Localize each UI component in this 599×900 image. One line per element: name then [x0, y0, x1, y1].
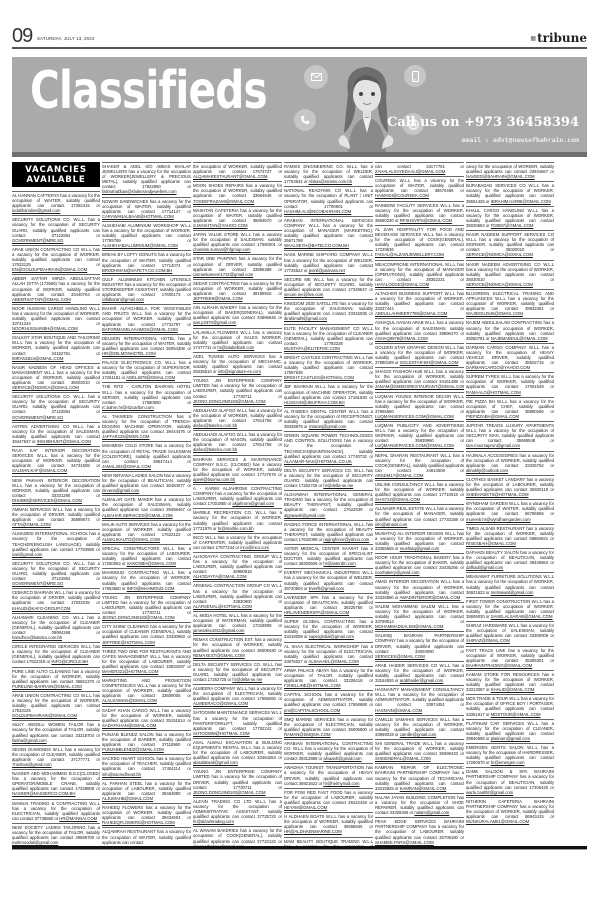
ad-contact-link[interactable]: AMADINTERIOR@GMAIL.COM: [400, 595, 461, 600]
ad-contact-link[interactable]: rntaranj@gmail.com: [309, 424, 347, 429]
classified-ad: AL ZAIN HOSPITALITY FOR FOOD AND BEVERAG…: [375, 225, 464, 260]
classified-ad: LUQMAN PUBLICITY AND ADVERTISING W.L.L h…: [375, 421, 464, 450]
ad-contact-link[interactable]: JEFFREE9@GMAIL.COM: [193, 296, 243, 301]
classified-ad: ARAB HAIDER SERVICES CO W.L.L has a vaca…: [375, 661, 464, 685]
ad-contact-link[interactable]: PURELINE-BAHRAIN@GMAIL.COM: [12, 684, 82, 689]
ad-text: has a vacancy for the occupation of WORK…: [102, 228, 191, 243]
ad-contact-link[interactable]: rafidkaran@gmail.com: [102, 297, 144, 302]
ad-list: can contact 33177761 or ZAHALALSAYEDAALI…: [375, 162, 464, 850]
ad-contact-link[interactable]: ARSDM17@GMAIL.COM: [375, 473, 423, 478]
ad-contact-link[interactable]: SHIGENERAL@GMAIL.COM: [375, 756, 431, 761]
classified-ad: MAHMOUD CONTRACTING W.L.L has a vacancy …: [102, 568, 191, 592]
classified-ad: MASHTAN CAFETERIA has a vacancy for the …: [193, 206, 282, 230]
classified-ad: PALACE ELECTRONICS CO. W.L.L has a vacan…: [102, 358, 191, 382]
classified-ad: Sedar contracting has a vacancy for the …: [193, 279, 282, 303]
classified-ad: RAMSIS ENGINEERING CO. W.L.L has a vacan…: [284, 162, 373, 186]
page-number: 09: [12, 25, 32, 48]
ad-contact-link[interactable]: tam.moorsapron@gmail.com: [466, 443, 520, 448]
ad-contact-link[interactable]: HAWAIDI@COUREEK.COM: [375, 193, 429, 198]
classified-ad: Security Solutions Co. W.L.L. has a vaca…: [12, 392, 100, 421]
ad-contact-link[interactable]: F03557@GMAIL.COM: [491, 223, 534, 228]
ad-contact-link[interactable]: SANOSBH@GMAIL.COM: [127, 561, 176, 566]
ad-contact-link[interactable]: muneeb.hr@wyndhamgarden.com: [466, 517, 531, 522]
ad-contact-link[interactable]: apeel@bsoma.com.bh: [193, 477, 235, 482]
classified-ad: DELMON INTERNATIONAL HOTEL has a vacancy…: [102, 334, 191, 358]
classified-ad: MARKETING AND PROMOTION COMPETENCIES W.L…: [102, 676, 191, 705]
ad-contact-link[interactable]: HAYALODGE@GMAIL.COM: [375, 282, 429, 287]
ad-contact-link[interactable]: dafhadi@gmail.com: [466, 565, 503, 570]
ad-contact-link[interactable]: JEFFREE@HOTMAIL.COM: [102, 640, 155, 645]
classified-ad: KAMAM STORE FOR RESOURCES has a vacancy …: [466, 670, 554, 694]
ad-contact-link[interactable]: GOVERNMENT@MRE.SO: [12, 581, 63, 586]
ad-contact-link[interactable]: BAFORMASELAAHMOS@GMAIL.COM: [102, 327, 178, 332]
classified-ad: Kingdom 2030 satellite has a vacancy for…: [284, 299, 373, 323]
ad-contact-link[interactable]: SHIRAZ@GMAIL.COM: [466, 638, 510, 643]
ad-contact-link[interactable]: KAMRAN@GMAIL.COM: [400, 786, 447, 791]
classified-ad: TIMES ALSABI RESTAURANT has a vacancy fo…: [466, 524, 554, 548]
ad-contact-link[interactable]: GOLDUPBAHRAIN@GMAIL.COM: [12, 713, 77, 718]
classified-ad: SEVEN DIAMONDS W.L.L has a vacancy for t…: [12, 745, 100, 769]
ad-contact-link[interactable]: jamesalex1911@gmail.com: [193, 628, 244, 633]
ad-contact-link[interactable]: EN@GOLDUPBAHRAIN@GMAIL.COM: [12, 267, 87, 272]
ad-contact-link[interactable]: LUQMANSERVICES.COM@GMAIL.COM: [375, 443, 454, 448]
ad-contact-link[interactable]: HUSSAIN@JBUFRAH.COM.BH: [284, 400, 345, 405]
banner-title: Classifieds: [30, 61, 267, 121]
classified-ad: UNLINK CONSULTANCY W.L.L has a vacancy f…: [375, 480, 464, 504]
classified-ad: KAMRAN REPAIR OF ELECTRONIC BAHRAINI PAR…: [375, 763, 464, 792]
contact-email: email : advt@newsofbahrain.com: [462, 136, 579, 144]
classified-ad: Awadhia tourist transportation has a vac…: [284, 763, 373, 787]
classifieds-columns: VACANCIES AVAILABLE AL HANNAN CAFTERYA h…: [12, 162, 587, 850]
ad-list: the occupation of WORKER, suitably quali…: [193, 162, 282, 850]
ad-contact-link[interactable]: HRLAVENDERSPA@GMAIL.COM: [284, 610, 349, 615]
ad-contact-link[interactable]: MUNSURALAM51@GMAIL.COM: [466, 819, 529, 824]
ad-contact-link[interactable]: JAMAL284@GMAIL.COM: [102, 464, 151, 469]
classified-ad: Pie Pizza BH W.L.L has a vacancy for the…: [466, 397, 554, 421]
ad-contact-link[interactable]: ALAAMAR-NAS@HOTMAIL.CO.UK: [284, 459, 352, 464]
ad-contact-link[interactable]: IBRAHIM.HARBI@GMAIL.COM: [491, 199, 551, 204]
ad-contact-link[interactable]: ABDULLAHMEER7786@GMAIL.COM: [375, 311, 447, 316]
classified-ad: NALAM JAYAN BUILDING COMPLETION has a va…: [375, 793, 464, 817]
ad-contact-link[interactable]: S.MASHTAN@YAHOO.COM: [193, 223, 248, 228]
ad-text: has a vacancy for the occupation of CLEA…: [284, 331, 373, 346]
ad-contact-link[interactable]: nalam@gmail.com: [414, 810, 449, 815]
ad-contact-link[interactable]: ATTA@GMAIL.COM: [12, 522, 51, 527]
ad-contact-link[interactable]: JEONG.DONGJIN0183@GMAIL.COM: [193, 399, 266, 404]
ad-contact-link[interactable]: RAMAN@SMQMA.COM: [284, 732, 331, 737]
ad-contact-link[interactable]: SADAFKHAN@GMAIL.COM: [102, 723, 156, 728]
ad-contact-link[interactable]: RISESBAH@GMAIL.COM: [466, 541, 516, 546]
classified-ad: MANNAI TRADING & CONTRACTING W.L.L has a…: [12, 799, 100, 823]
classified-ad: Dafhadi Beauty Salon has a vacancy for t…: [466, 548, 554, 572]
ad-text: has a vacancy for the occupation of LABO…: [193, 559, 282, 574]
ad-contact-link[interactable]: ALARSENAL@HOTMAIL.COM: [193, 604, 252, 609]
ad-contact-link[interactable]: ALHODAYFA@GMAIL.COM: [193, 574, 246, 579]
ad-text: has a vacancy for the occupation of WORK…: [12, 340, 100, 355]
ad-contact-link[interactable]: ALQAMARESTAURANT@GMAIL.COM: [193, 174, 267, 179]
ad-text: has a vacancy for the occupation of WORK…: [466, 267, 554, 282]
ad-contact-link[interactable]: NOORHUSSAINBH@GMAIL.COM: [12, 326, 78, 331]
classified-ad: RAINBOW FACILITY SERVICES W.L.L has a va…: [375, 201, 464, 225]
ad-contact-link[interactable]: hr@marble.com.bh: [218, 526, 254, 531]
ad-contact-link[interactable]: LUQMANSERVICES.COM@GMAIL.COM: [375, 414, 454, 419]
classified-ad: ARWA PALACE ABAYA has a vacancy for the …: [284, 666, 373, 690]
ad-contact-link[interactable]: SERVICE@NOMCA@GMAIL.COM: [12, 385, 79, 390]
ad-contact-link[interactable]: chandan.suman@hfgroup.com: [193, 247, 251, 252]
classified-ad: YOUNG JIN ENTERPRISE COMPANY LIMITED has…: [193, 376, 282, 405]
classified-ad: HASNAINTY MANAGEMENT CONSULTANCY W.L.L h…: [375, 685, 464, 714]
classified-ad: LALAMILLA FLOWERS W.L.L has a vacancy fo…: [193, 328, 282, 352]
ad-contact-link[interactable]: inco@inco.com: [240, 545, 269, 550]
ad-contact-link[interactable]: pm@CAPITALSCHOOL.COM: [284, 708, 340, 713]
classified-ad: FIRST TOWER CONSTRUCTION W.L.L has a vac…: [466, 597, 554, 621]
classified-ad: BREAK BY LOFTY DONUTS has a vacancy for …: [102, 250, 191, 274]
ad-contact-link[interactable]: INFO@CIRCLE.BH: [51, 659, 88, 664]
ad-contact-link[interactable]: HR@ALDHAENMARINE.COM: [284, 829, 342, 834]
ad-contact-link[interactable]: Abbas@ramsis.com.bh: [309, 179, 353, 184]
ad-contact-link[interactable]: hamdhco@batelco.com.bh: [12, 635, 62, 640]
ad-contact-link[interactable]: akjahromi@gmail.com: [232, 501, 274, 506]
ad-contact-link[interactable]: fatimahabbas@shakerandjewellers.com: [102, 189, 177, 194]
classified-ad: AL SHAA ELECTRICAL WORKSHOP has a vacanc…: [284, 642, 373, 666]
classified-ad: EVERFIT MECHANICAL INDUSTRIES W.L.L has …: [284, 568, 373, 592]
ad-contact-link[interactable]: KHALID@GMAIL.COM: [491, 687, 535, 692]
classified-ad: KHALIL CARGO HANDLING W.L.L has a vacanc…: [466, 206, 554, 230]
ad-text: has a vacancy for the occupation of WORK…: [375, 399, 464, 414]
ad-contact-link[interactable]: jesnil@jasmass.net: [309, 268, 345, 273]
classified-ad: LAVENDER SPA has a vacancy for the occup…: [284, 593, 373, 617]
ad-contact-link[interactable]: hr@delta-se.me: [232, 677, 262, 682]
ad-contact-link[interactable]: INSHIBHUNT@GMAIL.COM: [37, 439, 91, 444]
classified-ad: can contact 33177761 or ZAHALALSAYEDAALI…: [375, 162, 464, 176]
ad-contact-link[interactable]: SERVICE@NOMCA@GMAIL.COM: [466, 282, 533, 287]
ad-contact-link[interactable]: ALSHAAEL@GMAIL.COM: [309, 659, 359, 664]
ad-contact-link[interactable]: aan.p3370@gmail.com: [193, 320, 236, 325]
classified-ad: Raheeq Flowers has a vacancy for the occ…: [102, 803, 191, 827]
ad-contact-link[interactable]: warla.zaaf92@gmail.com: [466, 790, 513, 795]
mobile-icon: [404, 65, 426, 87]
ad-contact-link[interactable]: RAMAALO@HOTMAIL.COM: [466, 390, 521, 395]
ad-contact-link[interactable]: HR@MANNAI.COM: [59, 816, 97, 821]
masthead: 09 SATURDAY, JULY 13, 2024 ▦tribune: [12, 27, 587, 49]
brand-logo: ▦tribune: [530, 31, 587, 45]
ad-contact-link[interactable]: hr@emergen.com: [491, 760, 525, 765]
ad-contact-link[interactable]: PIEPIZZABH@GMAIL.COM: [466, 414, 519, 419]
ad-contact-link[interactable]: DHUBBI@SERVICES@GMAIL.COM: [12, 498, 82, 503]
classified-ad: ALSHEHABI ALUMINIUM WORKSHOP W.L.L has a…: [102, 221, 191, 250]
ad-contact-link[interactable]: ASHAQ8978@GMAIL.COM: [375, 336, 428, 341]
classified-ad: SIALKOT STAR BOUTIQUE AND TAILORING W.L.…: [12, 333, 100, 362]
classified-ad: Delta Security Services Co. W.L.L has a …: [284, 466, 373, 490]
classified-ad: SUPREM TYRES W.L.L has a vacancy for the…: [466, 372, 554, 396]
ad-contact-link[interactable]: CARAWANALBAAB@HOTMAIL.COM: [102, 214, 174, 219]
ad-contact-link[interactable]: KHALID@KAFO-GROUP.COM: [12, 606, 70, 611]
classified-ad: JBF BAHRAIN W.L.L has a vacancy for the …: [284, 382, 373, 406]
ad-contact-link[interactable]: indalihamdan@gmail.com: [12, 208, 60, 213]
classified-ad: ADEL TUNING AUTO SERVICES has a vacancy …: [193, 352, 282, 376]
classified-ad: AMAD INTERIOR DECORATION W.L.L has a vac…: [375, 577, 464, 601]
ad-contact-link[interactable]: NASSER@NASSERCO.COM.BH: [12, 791, 75, 796]
ad-contact-link[interactable]: WAJIDGUJ545@GMAIL.COM: [466, 311, 523, 316]
ad-contact-link[interactable]: ALJUMAHB@GMAIL.COM: [102, 796, 153, 801]
classified-ad: NASSER ABD MOHAMMED B.S.C(CLOSED) has a …: [12, 769, 100, 798]
ad-list: AL HANNAN CAFTERYA has a vacancy for the…: [12, 191, 100, 850]
classified-ad: SALIMIQ BAHRAIN PARTNERSHIP COMPANY has …: [375, 631, 464, 660]
ad-contact-link[interactable]: NAVEED@BAHRAIN@GMAIL.COM: [466, 174, 535, 179]
column-2: SHAKER & ADEL S/O ABBAS KHALAF JEWELLERS…: [102, 162, 191, 850]
ad-contact-link[interactable]: GOVERNMENT@MRE.SO: [12, 238, 63, 243]
ad-contact-link[interactable]: JANAM@GMEDSRESTAURANT@GMAIL.COM: [375, 384, 464, 389]
ad-contact-link[interactable]: hr@asterdm.com: [323, 561, 355, 566]
classified-ad: NASIR NADEEM OF HEAD OFFICES & MANAGEMEN…: [12, 363, 100, 392]
ad-contact-link[interactable]: ibrahimaf9@gmail.com: [284, 316, 327, 321]
classified-ad: NEPAL DHARAN RESTAURANT W.L.L has a vaca…: [375, 451, 464, 480]
ad-contact-link[interactable]: ALALSAIMAN@GMAIL.COM: [102, 698, 157, 703]
classified-ad: DARMAN CARGO COMPANY W.L.L has a vacancy…: [466, 343, 554, 372]
ad-contact-link[interactable]: JEONG.DONGJIN0183@GMAIL.COM: [102, 615, 175, 620]
ad-contact-link[interactable]: ZAHALALSAYEDAALI@GMAIL.COM: [375, 169, 445, 174]
classified-ad: NOOR HUSSAIN CARGO HANDLING W.L.L has a …: [12, 304, 100, 333]
ad-contact-link[interactable]: mushtaq@gmail.com: [400, 546, 440, 551]
section-heading-line-2: AVAILABLE: [12, 175, 100, 185]
ad-contact-link[interactable]: hr@helmymail.com: [323, 781, 359, 786]
classified-ad: HAJINALA ACCESSORIES has a vacancy for t…: [466, 451, 554, 475]
classified-ad: ASTRIN ADVERTISING CO W.L.L has a vacanc…: [12, 422, 100, 446]
ad-contact-link[interactable]: MDSTOUR@GMAIL.COM: [491, 712, 541, 717]
classified-ad: AMMAN SERVICES W.L.L has a vacancy for t…: [12, 505, 100, 529]
classified-ad: ARSENAL CONTRACTION GROUP CO W.L.L has a…: [193, 581, 282, 610]
ad-contact-link[interactable]: hr@lalabellash.com: [217, 345, 254, 350]
ad-contact-link[interactable]: IMRAN1824@GMAIL.COM: [12, 356, 63, 361]
classified-ad: AL MODA HOTEL W.L.L has a vacancy for th…: [193, 611, 282, 635]
classified-ad: SPECIAL CONSTRUCTORS W.L.L has a vacancy…: [102, 544, 191, 568]
ad-contact-link[interactable]: noorbakery@gmail.com: [375, 570, 419, 575]
classified-ad: NASIR NADEEM ADVERTISING CO W.L.L has a …: [466, 260, 554, 289]
ad-contact-link[interactable]: JAFFAR125@MSN.COM: [102, 434, 149, 439]
classified-ad: ARAB Union Contracting Co W.L.L has a va…: [12, 691, 100, 720]
ad-contact-link[interactable]: HASNAIN@GMAIL.COM: [375, 708, 422, 713]
classified-ad: ASHAQUL HASAN ARAB W.L.L has a vacancy f…: [375, 318, 464, 342]
classified-ad: THREE TWO ONE FOR RESTAURANTS AND CAFES …: [102, 647, 191, 676]
classified-ad: Mehsawat Furniture Solutions W.L.L has a…: [466, 572, 554, 596]
ad-contact-link[interactable]: alasalalwali@gmail.com: [193, 760, 238, 765]
classified-ad: SHAKER & ADEL S/O ABBAS KHALAF JEWELLERS…: [102, 162, 191, 197]
classified-ad: Green square power technologies and cont…: [284, 431, 373, 466]
ad-contact-link[interactable]: RAHEEQFLOWERS@HOTMAIL.COM: [102, 820, 175, 825]
classified-ad: ARAB Union Contracting Co W.L.L has a va…: [12, 245, 100, 274]
ad-contact-link[interactable]: GOVERNMENT@MRE.SO: [12, 415, 63, 420]
classified-ad: Arabian International Contracting Co. W.…: [284, 739, 373, 763]
classified-ad: ALHAMARI CLEANING CO. W.L.L has a vacanc…: [12, 613, 100, 642]
ad-contact-link[interactable]: ALMALIKAUTO@GMAIL.COM: [102, 537, 160, 542]
ad-contact-link[interactable]: REMAXEST@GMAIL.COM: [193, 653, 245, 658]
classified-ad: GULF ALUMINIUM KITCHEN UTENSILS INDUSTRY…: [102, 275, 191, 304]
classified-ad: City shine cleaning has a vacancy for th…: [102, 622, 191, 646]
ad-contact-link[interactable]: SH-6713@GMAIL.COM: [375, 497, 420, 502]
column-3: the occupation of WORKER, suitably quali…: [193, 162, 282, 850]
classified-ad: BAHAR ALFAGHEELA FOR VEGETABLES AND FRUI…: [102, 304, 191, 333]
classified-ad: MARBLE RECREATION CO. W.L.L has a vacanc…: [193, 508, 282, 532]
classified-ad: ABEER SATTAR MIRZA ABDULSATTAR ALLAH DIT…: [12, 274, 100, 303]
ad-contact-link[interactable]: WAALSEYH@BATELCO.COM.BH: [284, 243, 349, 248]
classified-ad: AL TAKWEEN CONSTRUCTION has a vacancy fo…: [102, 412, 191, 441]
classified-ad: MUSHTAQ ALI INTERIOR DESIGN W.L.L has a …: [375, 529, 464, 553]
classified-ad: ALQAMRAH RESTAURANT has a vacancy for th…: [102, 827, 191, 846]
ad-contact-link[interactable]: HEYAM@GMAIL.COM: [284, 805, 327, 810]
classified-ad: GOLDEN STAR GRAPHIC DESIGN W.L.L has a v…: [375, 343, 464, 367]
ad-contact-link[interactable]: INFO@MAHMOUD.COM: [127, 586, 175, 591]
classified-ad: BRIGHT CASTLES CONTRACTING W.L.L has a v…: [284, 353, 373, 382]
ad-contact-link[interactable]: secure.me@live.com: [284, 292, 323, 297]
ad-contact-link[interactable]: SHAMEE.PARS@GMAIL.COM: [375, 840, 434, 845]
ad-contact-link[interactable]: PUNJABBLENDZ@GMAIL.COM: [102, 747, 164, 752]
classified-ad: CAPITAL school has a vacancy for the occ…: [284, 690, 373, 714]
classified-ad: MEACONPRONE INTERNATIONAL W.L.L has a va…: [375, 260, 464, 289]
ad-contact-link[interactable]: nair@gmail.com: [12, 552, 42, 557]
ad-contact-link[interactable]: ALSHEHABIALUMINIUM@GMAIL.COM: [102, 243, 178, 248]
ad-contact-link[interactable]: FAISAL@ALZAINJEWELLERY.COM: [375, 252, 444, 257]
ad-contact-link[interactable]: RFSHSVIPS@GMAIL.COM: [400, 218, 452, 223]
ad-contact-link[interactable]: alnaash@gmail.com: [323, 756, 361, 761]
ad-contact-link[interactable]: alinakhji@outlook.com: [466, 468, 508, 473]
ad-text: has a vacancy for the occupation of PAIN…: [193, 716, 282, 731]
ad-contact-link[interactable]: JEONG.DONGJIN0183@GMAIL.COM: [193, 790, 266, 795]
ad-contact-link[interactable]: SERVICE@NOMCA@GMAIL.COM: [466, 252, 533, 257]
call-number: Call us on +973 36458394: [387, 115, 579, 130]
ad-contact-link[interactable]: 7ronibus@gmail.com: [12, 762, 52, 767]
classified-ad: ALZAIN TRADING CO LTD W.L.L has a vacanc…: [193, 797, 282, 826]
ad-contact-link[interactable]: HR@DELMONHOTEL.COM: [102, 351, 156, 356]
ad-contact-link[interactable]: MOHAMMADSALEM@GMAIL.COM: [375, 624, 443, 629]
ad-contact-link[interactable]: superglobal@gmail.com: [309, 634, 354, 639]
ad-text: has a vacancy for the occupation of SECU…: [466, 428, 554, 443]
ad-contact-link[interactable]: mahmoodali@gmail.com: [12, 840, 58, 845]
brand-name: tribune: [537, 31, 587, 45]
column-6: cancy for the occupation of WORKER, suit…: [466, 162, 554, 850]
email-icon: [304, 65, 328, 89]
ad-contact-link[interactable]: info@signature-es.com: [218, 369, 261, 374]
classified-ad: AL RABEEA DENTAL CENTER W.L.L has a vaca…: [284, 407, 373, 431]
ad-contact-link[interactable]: ALBAHAR.SERVICES@GMAIL.COM: [102, 513, 173, 518]
ad-contact-link[interactable]: mehsawat@gmail.com: [491, 590, 534, 595]
ad-contact-link[interactable]: info@alnasir.com: [375, 522, 407, 527]
ad-contact-link[interactable]: BAHRAINTRADING@GMAIL.COM: [466, 663, 532, 668]
ad-contact-link[interactable]: Everfit@gmail.com: [309, 586, 344, 591]
classified-ad: ALGHAWAH INTERNATIONAL GENERAL TRADING h…: [284, 490, 373, 519]
ad-contact-link[interactable]: ALMEERACO@GMAIL.COM: [193, 701, 248, 706]
classified-ad: AL HANNAN CAFTERYA has a vacancy for the…: [12, 191, 100, 215]
classified-ad: MALIK AUTO SERVICES has a vacancy for th…: [102, 520, 191, 544]
ad-contact-link[interactable]: alafoo@batelco.com.bh: [193, 423, 237, 428]
ad-contact-link[interactable]: ABEERSATTAR@GMAIL.COM: [12, 297, 71, 302]
ad-contact-link[interactable]: info@sacredheart.bh: [102, 772, 141, 777]
ad-contact-link[interactable]: TOSEEFRAZAMI@GMAIL.COM: [193, 199, 254, 204]
classified-ad: Remax construction Est. has a vacancy fo…: [193, 635, 282, 659]
classified-ad: SHTOOWM MAINTENANCE SERVICES W.L.L has a…: [193, 708, 282, 737]
ad-contact-link[interactable]: SERVICES@GMAIL.COM: [375, 654, 425, 659]
ad-contact-link[interactable]: MAHER321@HOTMAIL.COM: [102, 669, 158, 674]
classified-ad: BLUGREEN ELECTRICAL TRADING AND APPLIANC…: [466, 289, 554, 318]
classified-ad: EMERGEN GENTS SALON W.L.L has a vacancy …: [466, 743, 554, 767]
ad-contact-link[interactable]: hr@alzaintrading.com: [193, 819, 234, 824]
ad-contact-link[interactable]: platinum@gmail.com: [491, 736, 530, 741]
classified-ad: JAPAN VALUE STORE W.L.L has a vacancy fo…: [193, 230, 282, 254]
ad-contact-link[interactable]: NAJEMABDUL@GMAIL.COM: [491, 336, 548, 341]
classified-ad: ALTAGHER BUSINESS SUPPORT W.L.L has a va…: [375, 289, 464, 318]
ad-contact-link[interactable]: Usmankareem1732@gmail.com: [193, 272, 253, 277]
ad-contact-link[interactable]: SAHELALSARAB@GMAIL.COM: [491, 614, 553, 619]
ad-contact-link[interactable]: ADEL4878@GMAIL.COM: [126, 375, 175, 380]
classified-ad: CIRCLE INTEGRATED SERVICES W.L.L has a v…: [12, 642, 100, 666]
ad-contact-link[interactable]: algnawah@gmail.com: [284, 513, 325, 518]
phone-icon: [294, 109, 316, 131]
support-agent-illustration: [334, 63, 398, 157]
ad-contact-link[interactable]: rc.bahrn.hr@ritzcarlton.com: [102, 405, 154, 410]
classified-ad: NASIR NADEEM SUPPORT SERVICES CO W.L.L h…: [466, 230, 554, 259]
classified-ad: ABDULHADI ALAFOO W.L.L has a vacancy for…: [193, 406, 282, 430]
ad-contact-link[interactable]: BRODHMAN@SAFETY.CO.COM.BH: [102, 268, 172, 273]
ad-contact-link[interactable]: hr@delta-se.me: [323, 483, 353, 488]
classified-ad: SADAF KHAN CARGO W.L.L has a vacancy for…: [102, 706, 191, 730]
ad-contact-link[interactable]: nirvana@gmail.com: [102, 488, 139, 493]
ad-contact-link[interactable]: faisha@gmail.com: [12, 738, 47, 743]
ad-text: cancy for the occupation of WORKER, suit…: [466, 164, 554, 174]
ad-contact-link[interactable]: GOLDSTAR-BH@GMAIL.COM: [400, 360, 459, 365]
ad-contact-link[interactable]: SHTOOWM@HOTMAIL.COM: [193, 731, 250, 736]
classified-ad: NOOR HOUR TRADITIONAL BAKERY has a vacan…: [375, 553, 464, 577]
ad-list: cancy for the occupation of WORKER, suit…: [466, 162, 554, 826]
classified-ad: SHIRAZ HARDWARE W.L.L has a vacancy for …: [466, 621, 554, 645]
ad-text: has a vacancy for the occupation of LABO…: [193, 589, 282, 604]
classified-ad: Fast Track Link has a vacancy for the oc…: [466, 646, 554, 670]
ad-contact-link[interactable]: BRIGHT.CASTLES@HOTMAIL.COM: [284, 375, 354, 380]
ad-contact-link[interactable]: MUSTAFA@ELITEFMC.COM: [284, 346, 340, 351]
classified-ad: SHAGGI FASHION HUB W.L.L has a vacancy f…: [375, 367, 464, 391]
brand-prefix-icon: ▦: [530, 35, 536, 42]
classified-ad: PLATINUM CAR SERVICES W.L.L has a vacanc…: [466, 719, 554, 743]
classified-ad: SUPER GLOBAL CONTRACTING has a vacancy f…: [284, 617, 373, 641]
bottom-rule-shadow: [12, 849, 587, 850]
classified-ad: BAHRAIN SERVICES & MAINTENANCE COMPANY B…: [193, 455, 282, 484]
ad-contact-link[interactable]: ragingforce@yahoo.com: [323, 537, 369, 542]
classified-ad: NEW NIRVANA LADIES SALON has a vacancy f…: [102, 471, 191, 495]
classified-ad: NEW PAKHAN INTERIOR DECORATION W.L.L has…: [12, 476, 100, 505]
ad-contact-link[interactable]: HASHIM.ALI@NCOBAHRAIN.COM: [284, 209, 351, 214]
classified-ad: AL FARHAN STEEL has a vacancy for the oc…: [102, 779, 191, 803]
classified-ad: NEW SOCIETY LADIES TAILORING has a vacan…: [12, 823, 100, 847]
ad-text: the occupation of WORKER, suitably quali…: [193, 164, 282, 174]
classified-ad: Secure Me W.L.L has a vacancy for the oc…: [284, 275, 373, 299]
ad-contact-link[interactable]: SHEEHABSTS@HOTMAIL.COM: [466, 492, 528, 497]
ad-contact-link[interactable]: alafoo@batelco.com.bh: [193, 447, 237, 452]
classified-ad: SACRED HEART SCHOOL has a vacancy for th…: [102, 754, 191, 778]
ad-contact-link[interactable]: camille@gmail.com: [400, 732, 436, 737]
classified-ad: cancy for the occupation of WORKER, suit…: [466, 162, 554, 181]
classified-ad: ALMEERA COMPANY W.L.L has a vacancy for …: [193, 684, 282, 708]
classified-ad: LUQMAN YOUNIS INTERIOR DECOR W.L.L has a…: [375, 392, 464, 421]
classified-ad: Albailar gate maker has a vacancy for th…: [102, 495, 191, 519]
ad-contact-link[interactable]: arabhaider@gmail.com: [400, 678, 444, 683]
classified-ad: YOUNG JIN ENTERPRISE COMPANY LIMITED has…: [193, 767, 282, 796]
classified-ad: CAMILLE SAMAHIS SERVICES W.L.L has a vac…: [375, 715, 464, 739]
ad-contact-link[interactable]: DARMANCARGO@YAHOO.COM: [466, 365, 530, 370]
classified-ad: FOR POW RED FAST FOOD has a vacancy for …: [284, 788, 373, 812]
classified-ad: RAGING FORCE INTERNATIONAL W.L.L has a v…: [284, 520, 373, 544]
classified-ad: Security Solutions Co. W.L.L. has a vaca…: [12, 559, 100, 588]
ad-contact-link[interactable]: F2HELLINE@HOTMAIL.COM: [284, 683, 341, 688]
classified-ad: AIN ALRAHA BAKERY has a vacancy for the …: [193, 303, 282, 327]
ad-contact-link[interactable]: SALMAN.KAF@GMAIL.COM: [12, 468, 67, 473]
